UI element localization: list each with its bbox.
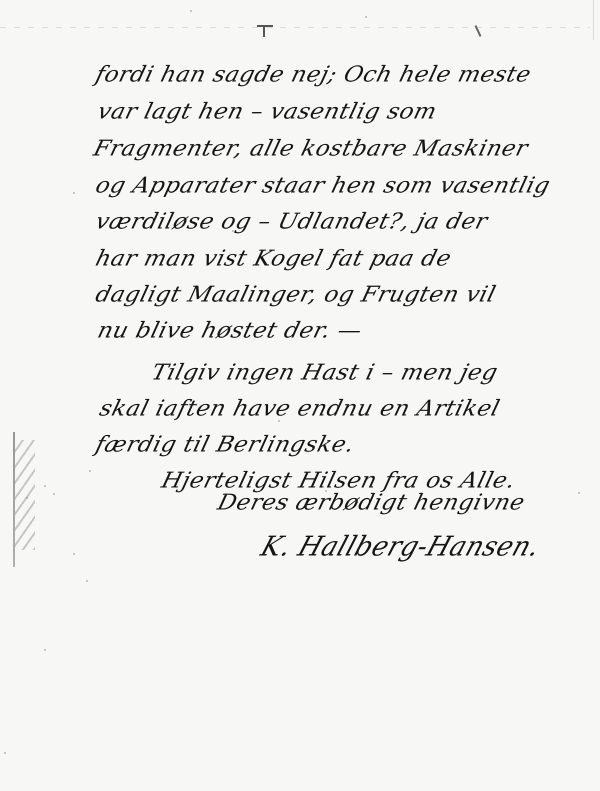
scan-top-rule: [0, 27, 590, 28]
scan-edge: [593, 0, 594, 40]
letter-signature: K. Hallberg-Hansen.: [257, 531, 544, 563]
letter-line: var lagt hen – vasentlig som: [95, 100, 439, 125]
scan-speck: [190, 10, 192, 12]
margin-bleed-hatching: [15, 440, 35, 550]
letter-line: nu blive høstet der. —: [95, 319, 365, 344]
letter-page: fordi han sagde nej; Och hele meste var …: [0, 0, 600, 791]
scan-speck: [89, 470, 91, 472]
scan-speck: [4, 752, 6, 754]
scan-speck: [86, 580, 88, 582]
scan-speck: [53, 493, 55, 495]
letter-line: og Apparater staar hen som vasentlig: [93, 174, 553, 199]
scan-speck: [44, 649, 46, 651]
scan-speck: [73, 192, 75, 194]
letter-line: fordi han sagde nej; Och hele meste: [93, 63, 534, 88]
letter-line: Fragmenter, alle kostbare Maskiner: [91, 137, 531, 162]
letter-greeting: Hjerteligst Hilsen fra os Alle.: [159, 469, 518, 494]
scan-crop-mark: [257, 25, 273, 37]
scan-speck: [73, 553, 75, 555]
scan-speck: [44, 485, 46, 487]
scan-speck: [578, 492, 580, 494]
letter-line: færdig til Berlingske.: [93, 433, 357, 458]
letter-line: dagligt Maalinger, og Frugten vil: [93, 283, 498, 308]
letter-line: værdiløse og – Udlandet?, ja der: [93, 210, 490, 235]
letter-line: skal iaften have endnu en Artikel: [97, 397, 502, 422]
scan-speck: [365, 16, 367, 18]
letter-line: har man vist Kogel fat paa de: [93, 247, 454, 272]
letter-line: Tilgiv ingen Hast i – men jeg: [149, 361, 500, 386]
scan-speck: [26, 497, 28, 499]
letter-closing: Deres ærbødigt hengivne: [215, 491, 527, 516]
